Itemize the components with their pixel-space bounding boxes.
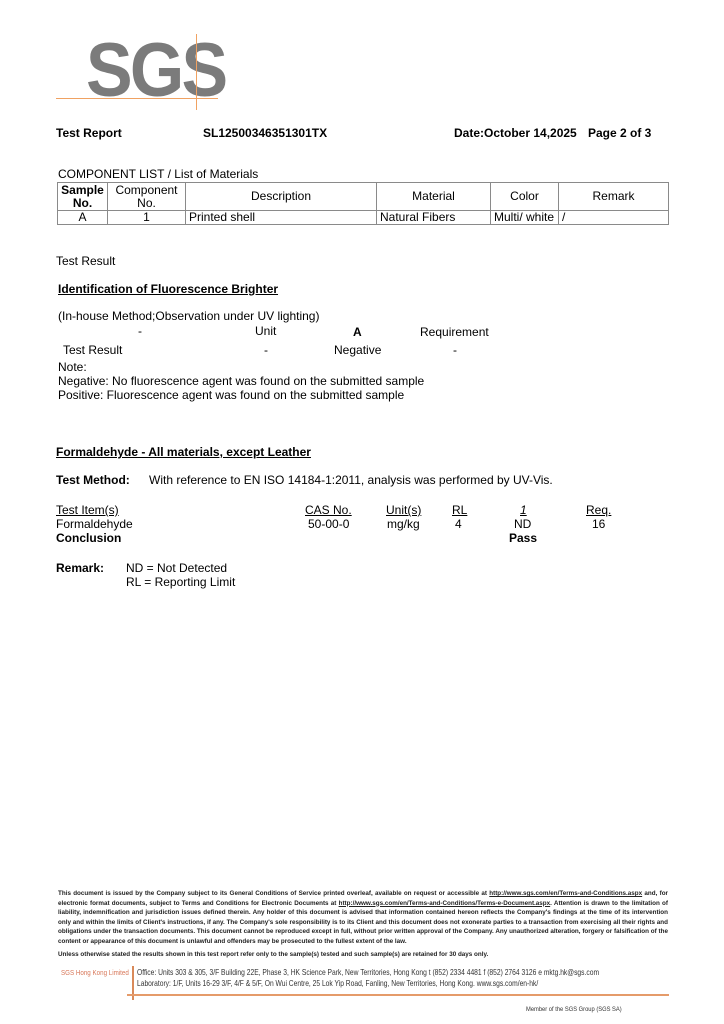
header-cas-no: CAS No.	[305, 503, 352, 517]
col-component-no: ComponentNo.	[108, 183, 186, 211]
fluor-header-unit: Unit	[255, 324, 276, 338]
test-method-text: With reference to EN ISO 14184-1:2011, a…	[149, 473, 553, 487]
logo-horizontal-rule	[56, 98, 218, 99]
fluor-row-requirement: -	[453, 343, 457, 357]
row-req: 16	[592, 517, 605, 531]
header-req: Req.	[586, 503, 611, 517]
note-label: Note:	[58, 360, 87, 374]
header-units: Unit(s)	[386, 503, 421, 517]
office-address: Office: Units 303 & 305, 3/F Building 22…	[137, 967, 599, 977]
fluor-row-result: Negative	[334, 343, 381, 357]
fluorescence-method: (In-house Method;Observation under UV li…	[58, 309, 319, 323]
conclusion-value: Pass	[509, 531, 537, 545]
header-sample-1: 1	[520, 503, 527, 517]
component-table-header: SampleNo. ComponentNo. Description Mater…	[58, 183, 669, 211]
row-result: ND	[514, 517, 531, 531]
remark-rl: RL = Reporting Limit	[126, 575, 235, 589]
sgs-logo: SGS	[86, 40, 225, 102]
conclusion-label: Conclusion	[56, 531, 121, 545]
cell-description: Printed shell	[186, 211, 377, 225]
col-sample-no: SampleNo.	[58, 183, 108, 211]
row-units: mg/kg	[387, 517, 420, 531]
component-list-title: COMPONENT LIST / List of Materials	[58, 167, 258, 181]
cell-material: Natural Fibers	[377, 211, 491, 225]
fluor-header-requirement: Requirement	[420, 325, 489, 339]
report-date: Date:October 14,2025	[454, 126, 577, 140]
header-test-items: Test Item(s)	[56, 503, 119, 517]
fluor-row-unit: -	[264, 343, 268, 357]
row-test-item: Formaldehyde	[56, 517, 133, 531]
col-material: Material	[377, 183, 491, 211]
row-rl: 4	[455, 517, 462, 531]
logo-vertical-rule	[196, 34, 197, 110]
sample-retention-note: Unless otherwise stated the results show…	[58, 951, 488, 958]
sgs-group-member-note: Member of the SGS Group (SGS SA)	[526, 1006, 622, 1013]
page-indicator: Page 2 of 3	[588, 126, 651, 140]
test-method-label: Test Method:	[56, 473, 130, 487]
report-number: SL12500346351301TX	[203, 126, 327, 140]
fluor-header-dash: -	[138, 324, 142, 338]
laboratory-address: Laboratory: 1/F, Units 16-29 3/F, 4/F & …	[137, 978, 538, 988]
note-positive: Positive: Fluorescence agent was found o…	[58, 388, 404, 402]
cell-component-no: 1	[108, 211, 186, 225]
component-table: SampleNo. ComponentNo. Description Mater…	[57, 182, 669, 225]
cell-remark: /	[559, 211, 669, 225]
fluorescence-title: Identification of Fluorescence Brighter	[58, 282, 278, 296]
header-rl: RL	[452, 503, 467, 517]
e-document-terms-link[interactable]: http://www.sgs.com/en/Terms-and-Conditio…	[339, 900, 551, 907]
terms-link[interactable]: http://www.sgs.com/en/Terms-and-Conditio…	[489, 890, 642, 897]
cell-sample-no: A	[58, 211, 108, 225]
legal-disclaimer: This document is issued by the Company s…	[58, 889, 668, 946]
report-label: Test Report	[56, 126, 122, 140]
company-name: SGS Hong Kong Limited	[61, 968, 129, 977]
row-cas-no: 50-00-0	[308, 517, 349, 531]
table-row: A 1 Printed shell Natural Fibers Multi/ …	[58, 211, 669, 225]
footer-horizontal-rule	[127, 994, 669, 996]
test-result-label: Test Result	[56, 254, 115, 268]
col-remark: Remark	[559, 183, 669, 211]
fluor-header-sample-a: A	[353, 325, 362, 339]
col-description: Description	[186, 183, 377, 211]
col-color: Color	[491, 183, 559, 211]
cell-color: Multi/ white	[491, 211, 559, 225]
remark-nd: ND = Not Detected	[126, 561, 227, 575]
formaldehyde-title: Formaldehyde - All materials, except Lea…	[56, 445, 311, 459]
note-negative: Negative: No fluorescence agent was foun…	[58, 374, 424, 388]
fluor-row-label: Test Result	[63, 343, 122, 357]
remark-label: Remark:	[56, 561, 104, 575]
